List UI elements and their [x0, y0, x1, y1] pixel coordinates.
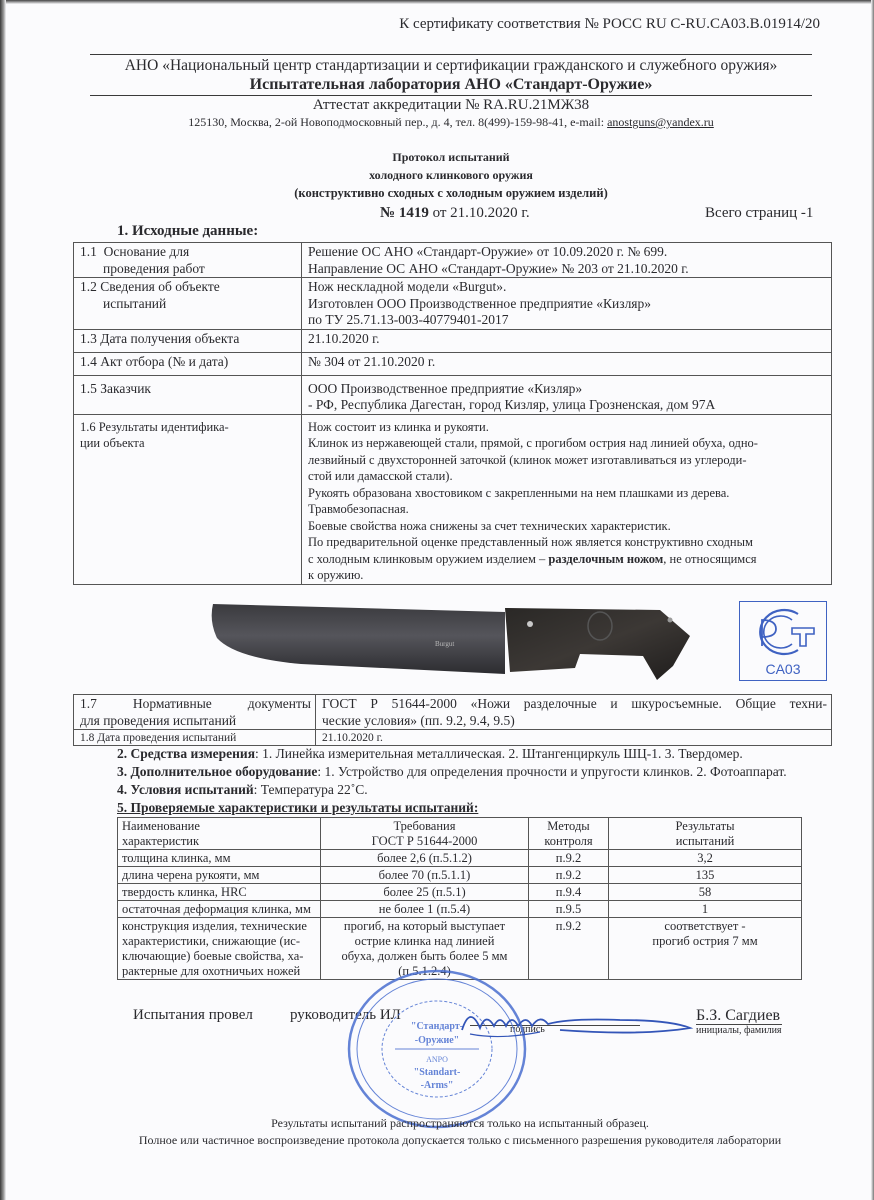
performed-by-label: Испытания провел: [133, 1007, 253, 1024]
cell: соответствует -прогиб острия 7 мм: [609, 918, 802, 980]
knife-photo: Burgut: [205, 596, 695, 682]
table-row: 1.3 Дата получения объекта 21.10.2020 г.: [74, 329, 832, 352]
protocol-title-3: (конструктивно сходных с холодным оружие…: [90, 186, 812, 201]
cell: п.9.2: [529, 850, 609, 867]
header-rule-top: [90, 54, 812, 55]
cell: более 25 (п.5.1): [321, 884, 529, 901]
cell: конструкция изделия, техническиехарактер…: [118, 918, 321, 980]
row-label: 1.4 Акт отбора (№ и дата): [74, 352, 302, 375]
email-link[interactable]: anostguns@yandex.ru: [607, 115, 714, 129]
cell: п.9.5: [529, 901, 609, 918]
cell: не более 1 (п.5.4): [321, 901, 529, 918]
table-row: длина черена рукояти, мм более 70 (п.5.1…: [118, 867, 802, 884]
header-cell: Наименованиехарактеристик: [118, 818, 321, 850]
svg-text:"Standart-: "Standart-: [414, 1067, 461, 1078]
cell: 1: [609, 901, 802, 918]
additional-equipment: 3. Дополнительное оборудование: 1. Устро…: [117, 764, 787, 780]
cell: 3,2: [609, 850, 802, 867]
table-row: 1.8 Дата проведения испытаний 21.10.2020…: [74, 730, 832, 746]
row-value: 21.10.2020 г.: [316, 730, 832, 746]
protocol-date: от 21.10.2020 г.: [429, 205, 530, 221]
knife-brand-text: Burgut: [435, 640, 454, 648]
table-row: толщина клинка, мм более 2,6 (п.5.1.2) п…: [118, 850, 802, 867]
footer-line-2: Полное или частичное воспроизведение про…: [60, 1133, 860, 1148]
row-value: ГОСТ Р 51644-2000 «Ножи разделочные и шк…: [316, 695, 832, 730]
cell: твердость клинка, HRC: [118, 884, 321, 901]
source-data-table: 1.1 Основание дляпроведения работ Решени…: [73, 242, 832, 585]
row-label: 1.5 Заказчик: [74, 375, 302, 414]
section1-title: 1. Исходные данные:: [117, 223, 258, 240]
pages-total: Всего страниц -1: [705, 205, 813, 222]
address-line: 125130, Москва, 2-ой Новоподмосковный пе…: [90, 115, 812, 130]
cell: толщина клинка, мм: [118, 850, 321, 867]
row-label: 1.3 Дата получения объекта: [74, 329, 302, 352]
table-row: 1.1 Основание дляпроведения работ Решени…: [74, 243, 832, 278]
signer-name: Б.З. Сагдиев: [696, 1007, 780, 1025]
scan-edge-top: [0, 0, 874, 4]
cell: п.9.2: [529, 918, 609, 980]
cell: более 70 (п.5.1.1): [321, 867, 529, 884]
cell: 58: [609, 884, 802, 901]
section5-title: 5. Проверяемые характеристики и результа…: [117, 800, 478, 816]
cell: более 2,6 (п.5.1.2): [321, 850, 529, 867]
test-conditions: 4. Условия испытаний: Температура 22˚С.: [117, 782, 368, 798]
header-cell: Методыконтроля: [529, 818, 609, 850]
row-label: 1.6 Результаты идентифика-ции объекта: [74, 414, 302, 584]
gost-mark-label: CA03: [740, 661, 826, 677]
accreditation: Аттестат аккредитации № RA.RU.21МЖ38: [90, 97, 812, 114]
protocol-number: № 1419 от 21.10.2020 г.: [380, 205, 530, 222]
row-value: Решение ОС АНО «Стандарт-Оружие» от 10.0…: [302, 243, 832, 278]
measuring-tools: 2. Средства измерения: 1. Линейка измери…: [117, 746, 743, 762]
cell: длина черена рукояти, мм: [118, 867, 321, 884]
cell: п.9.4: [529, 884, 609, 901]
cell: 135: [609, 867, 802, 884]
row-label: 1.2 Сведения об объектеиспытаний: [74, 278, 302, 330]
cell: остаточная деформация клинка, мм: [118, 901, 321, 918]
normative-table: 1.7 Нормативные документыдля проведения …: [73, 694, 832, 746]
certificate-reference: К сертификату соответствия № РОСС RU C-R…: [300, 16, 820, 33]
row-value: 21.10.2020 г.: [302, 329, 832, 352]
table-row: 1.4 Акт отбора (№ и дата) № 304 от 21.10…: [74, 352, 832, 375]
laboratory-name: Испытательная лаборатория АНО «Стандарт-…: [90, 76, 812, 94]
results-table: Наименованиехарактеристик ТребованияГОСТ…: [117, 817, 802, 980]
row-value: № 304 от 21.10.2020 г.: [302, 352, 832, 375]
table-row: 1.6 Результаты идентифика-ции объекта Но…: [74, 414, 832, 584]
protocol-number-label: № 1419: [380, 205, 429, 221]
protocol-title-2: холодного клинкового оружия: [90, 168, 812, 183]
svg-text:ANPO: ANPO: [426, 1055, 448, 1064]
organization-name: АНО «Национальный центр стандартизации и…: [90, 57, 812, 75]
header-cell: ТребованияГОСТ Р 51644-2000: [321, 818, 529, 850]
row-value: Нож нескладной модели «Burgut».Изготовле…: [302, 278, 832, 330]
pct-logo-icon: [740, 602, 826, 660]
cell: п.9.2: [529, 867, 609, 884]
row-value: Нож состоит из клинка и рукояти. Клинок …: [302, 414, 832, 584]
row-label: 1.8 Дата проведения испытаний: [74, 730, 316, 746]
table-row: остаточная деформация клинка, мм не боле…: [118, 901, 802, 918]
table-row: 1.5 Заказчик ООО Производственное предпр…: [74, 375, 832, 414]
organization-stamp: "Стандарт- -Оружие" ANPO "Standart- -Arm…: [345, 967, 530, 1130]
header-cell: Результатыиспытаний: [609, 818, 802, 850]
protocol-title-1: Протокол испытаний: [90, 150, 812, 165]
gost-certification-mark: CA03: [739, 601, 827, 681]
table-row: 1.2 Сведения об объектеиспытаний Нож нес…: [74, 278, 832, 330]
table-row: твердость клинка, HRC более 25 (п.5.1) п…: [118, 884, 802, 901]
row-label: 1.7 Нормативные документыдля проведения …: [74, 695, 316, 730]
scan-edge-left: [0, 0, 6, 1200]
footer-line-1: Результаты испытаний распространяются то…: [60, 1116, 860, 1131]
name-caption: инициалы, фамилия: [696, 1024, 782, 1036]
handwritten-signature: [440, 1000, 700, 1040]
table-header-row: Наименованиехарактеристик ТребованияГОСТ…: [118, 818, 802, 850]
table-row: 1.7 Нормативные документыдля проведения …: [74, 695, 832, 730]
row-value: ООО Производственное предприятие «Кизляр…: [302, 375, 832, 414]
header-rule-bottom: [90, 95, 812, 96]
row-label: 1.1 Основание дляпроведения работ: [74, 243, 302, 278]
svg-text:-Arms": -Arms": [421, 1080, 454, 1091]
address-text: 125130, Москва, 2-ой Новоподмосковный пе…: [188, 115, 607, 129]
